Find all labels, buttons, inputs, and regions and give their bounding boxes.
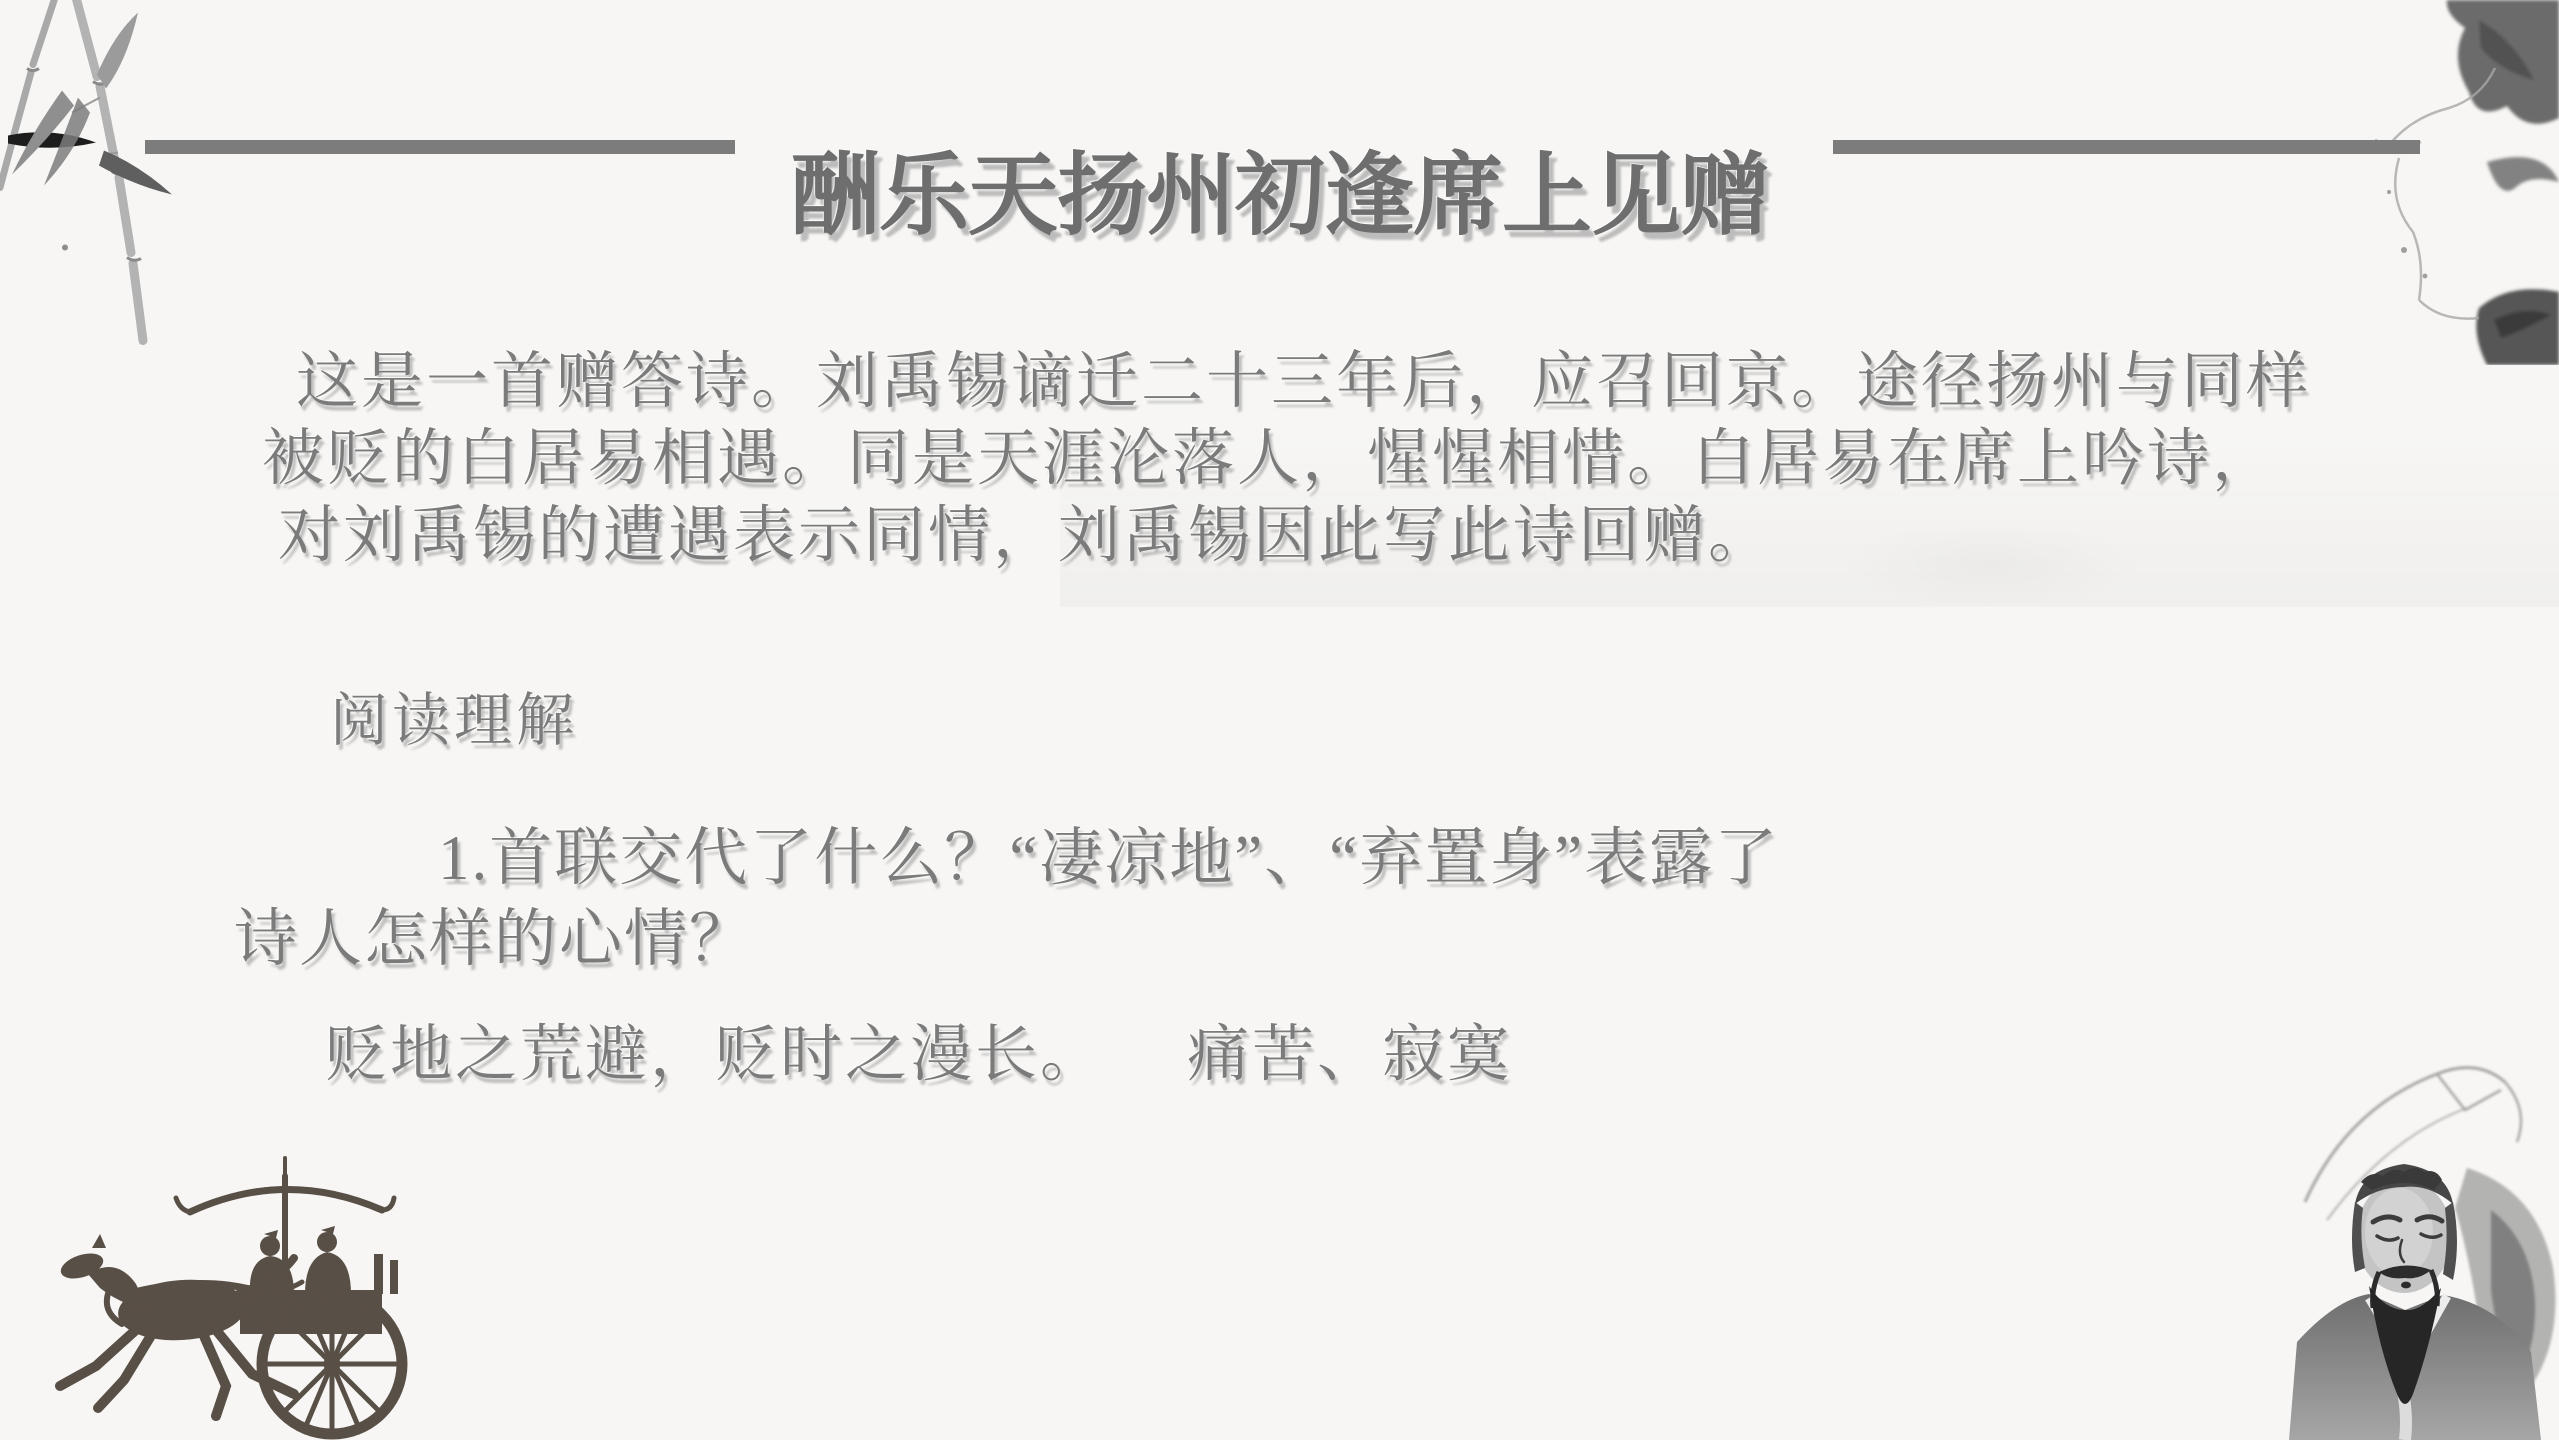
presentation-slide: 酬乐天扬州初逢席上见赠 这是一首赠答诗。刘禹锡谪迁二十三年后，应召回京。途径扬州… [0, 0, 2559, 1440]
answer-part-2: 痛苦、寂寞 [1187, 1024, 1512, 1086]
question-block: 1.首联交代了什么？“凄凉地”、“弃置身”表露了 诗人怎样的心情？ [234, 818, 1779, 980]
intro-line-2: 被贬的白居易相遇。同是天涯沦落人，惺惺相惜。白居易在席上吟诗， [262, 421, 2311, 498]
page-title: 酬乐天扬州初逢席上见赠 [0, 142, 2559, 252]
question-line-1: 1.首联交代了什么？“凄凉地”、“弃置身”表露了 [234, 818, 1779, 899]
title-rule-right [1833, 140, 2420, 154]
intro-line-1: 这是一首赠答诗。刘禹锡谪迁二十三年后，应召回京。途径扬州与同样 [262, 344, 2311, 421]
section-heading: 阅读理解 [330, 690, 578, 752]
intro-paragraph: 这是一首赠答诗。刘禹锡谪迁二十三年后，应召回京。途径扬州与同样 被贬的白居易相遇… [262, 344, 2311, 575]
answer-part-1: 贬地之荒避，贬时之漫长。 [325, 1024, 1105, 1086]
horse-carriage-illustration-icon [42, 1142, 452, 1440]
intro-line-3: 对刘禹锡的遭遇表示同情，刘禹锡因此写此诗回赠。 [262, 498, 2311, 575]
answer-block: 贬地之荒避，贬时之漫长。 痛苦、寂寞 [325, 1024, 1512, 1086]
confucius-portrait-illustration-icon [2269, 1050, 2559, 1440]
question-line-2: 诗人怎样的心情？ [234, 899, 1779, 980]
